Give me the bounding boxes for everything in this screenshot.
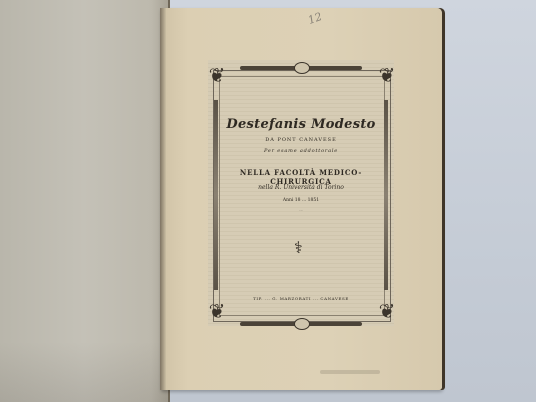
page-shadow	[0, 342, 168, 402]
corner-ornament-icon: ❦	[206, 64, 228, 86]
book-gutter	[160, 8, 166, 390]
ornament-column-right	[384, 100, 388, 290]
exam-line: Per esame addottorale	[222, 148, 380, 154]
medallion-top-icon	[294, 62, 310, 74]
date-line: Anni 18 ... 1851	[222, 198, 380, 203]
corner-ornament-icon: ❦	[376, 64, 398, 86]
note-line: ...	[222, 208, 380, 212]
printer-line: TIP. ... G. MARZORATI ... CANAVESE	[222, 296, 380, 301]
origin-line: DA PONT CANAVESE	[222, 137, 380, 143]
left-page	[0, 0, 170, 402]
ornament-column-left	[214, 100, 218, 290]
caduceus-icon: ⚕	[294, 238, 303, 257]
paper-stain	[320, 370, 380, 374]
medallion-bottom-icon	[294, 318, 310, 330]
frame-border-inner	[219, 76, 385, 316]
university-line: nella R. Università di Torino	[222, 184, 380, 191]
candidate-name: Destefanis Modesto	[222, 117, 380, 132]
corner-ornament-icon: ❦	[206, 300, 228, 322]
corner-ornament-icon: ❦	[376, 300, 398, 322]
